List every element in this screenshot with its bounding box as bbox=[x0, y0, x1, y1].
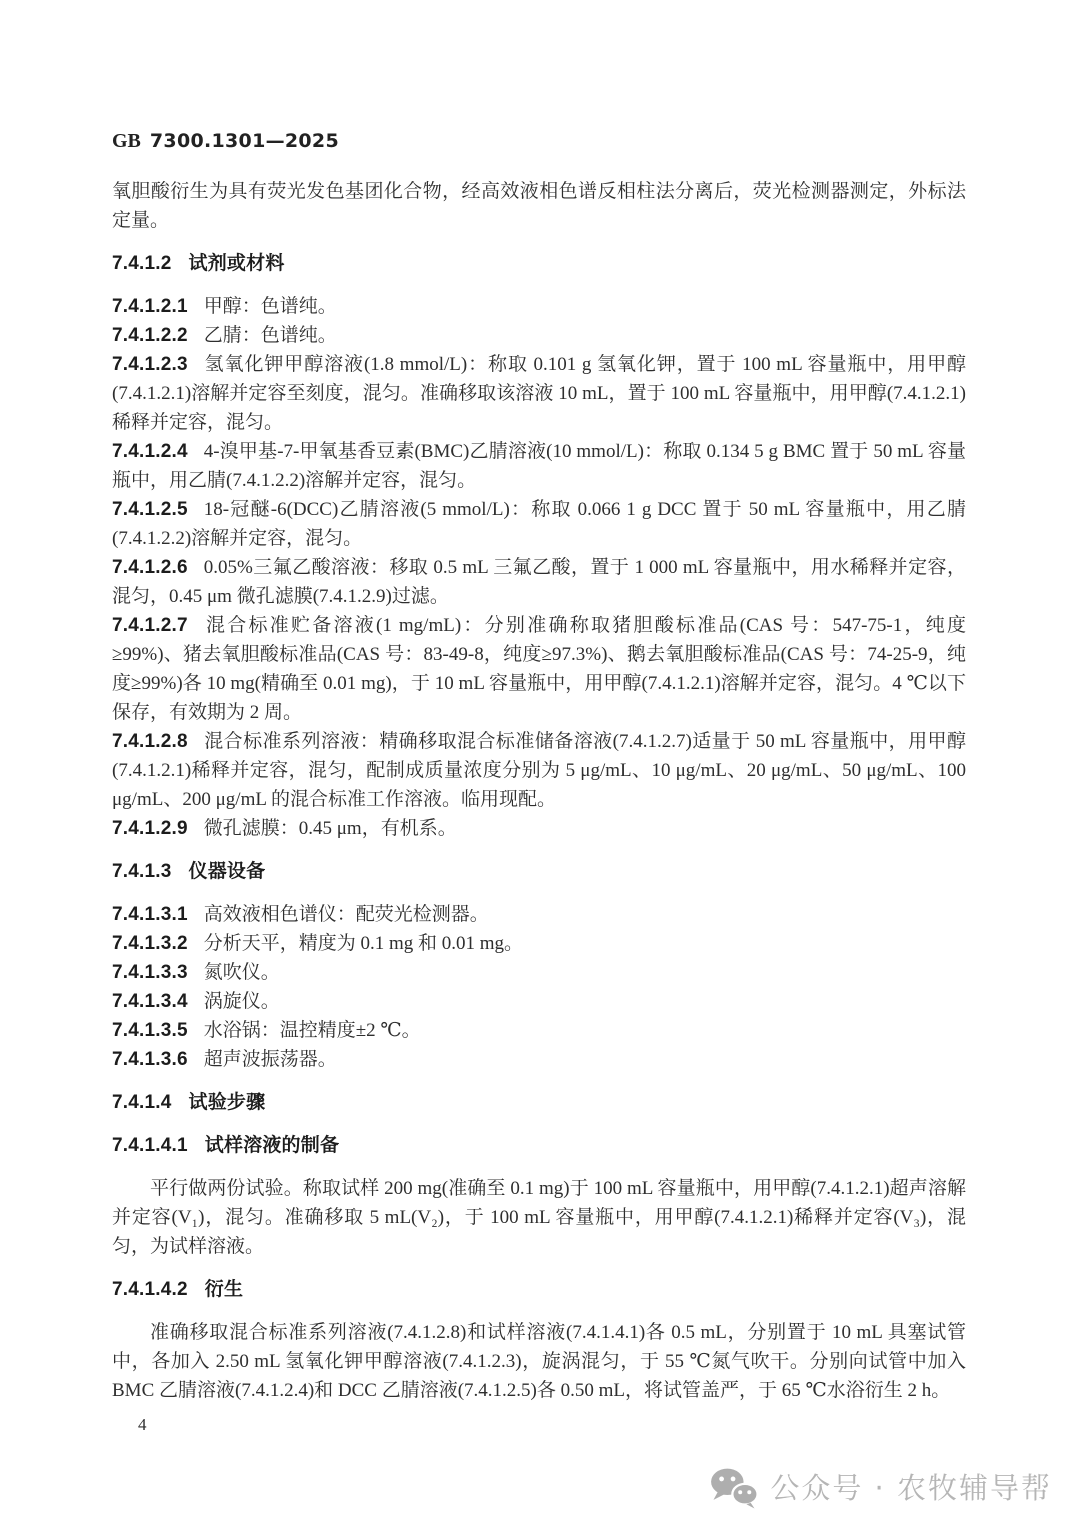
heading-7-4-1-2: 7.4.1.2试剂或材料 bbox=[112, 249, 966, 278]
document-page: GB7300.1301—2025 氧胆酸衍生为具有荧光发色基团化合物，经高效液相… bbox=[0, 0, 1080, 1527]
clause-7-4-1-2-1: 7.4.1.2.1甲醇：色谱纯。 bbox=[112, 292, 966, 321]
clause-number: 7.4.1.2.5 bbox=[112, 499, 188, 520]
clause-text: 水浴锅：温控精度±2 ℃。 bbox=[204, 1020, 421, 1041]
clause-text: 氢氧化钾甲醇溶液(1.8 mmol/L)：称取 0.101 g 氢氧化钾，置于 … bbox=[112, 354, 966, 433]
heading-number: 7.4.1.4 bbox=[112, 1092, 172, 1113]
standard-number-code: 7300.1301—2025 bbox=[150, 130, 339, 152]
clause-7-4-1-2-5: 7.4.1.2.518-冠醚-6(DCC)乙腈溶液(5 mmol/L)：称取 0… bbox=[112, 495, 966, 553]
heading-number: 7.4.1.2 bbox=[112, 253, 172, 274]
heading-number: 7.4.1.3 bbox=[112, 861, 172, 882]
clause-7-4-1-2-2: 7.4.1.2.2乙腈：色谱纯。 bbox=[112, 321, 966, 350]
clause-7-4-1-2-8: 7.4.1.2.8混合标准系列溶液：精确移取混合标准储备溶液(7.4.1.2.7… bbox=[112, 727, 966, 814]
clause-text: 4-溴甲基-7-甲氧基香豆素(BMC)乙腈溶液(10 mmol/L)：称取 0.… bbox=[112, 441, 966, 491]
clause-text: 18-冠醚-6(DCC)乙腈溶液(5 mmol/L)：称取 0.066 1 g … bbox=[112, 499, 966, 549]
clause-7-4-1-3-2: 7.4.1.3.2分析天平，精度为 0.1 mg 和 0.01 mg。 bbox=[112, 929, 966, 958]
heading-title: 试样溶液的制备 bbox=[205, 1135, 339, 1156]
heading-title: 仪器设备 bbox=[189, 861, 266, 882]
clause-text: 0.05%三氟乙酸溶液：移取 0.5 mL 三氟乙酸，置于 1 000 mL 容… bbox=[112, 557, 966, 607]
clause-number: 7.4.1.2.7 bbox=[112, 615, 188, 636]
paragraph-7-4-1-4-1: 平行做两份试验。称取试样 200 mg(准确至 0.1 mg)于 100 mL … bbox=[112, 1174, 966, 1261]
standard-number: GB7300.1301—2025 bbox=[112, 130, 966, 153]
heading-title: 试剂或材料 bbox=[189, 253, 285, 274]
heading-7-4-1-4-2: 7.4.1.4.2衍生 bbox=[112, 1275, 966, 1304]
clause-number: 7.4.1.3.5 bbox=[112, 1020, 188, 1041]
clause-number: 7.4.1.3.1 bbox=[112, 904, 188, 925]
clause-number: 7.4.1.2.1 bbox=[112, 296, 188, 317]
standard-number-prefix: GB bbox=[112, 130, 141, 152]
clause-text: 混合标准贮备溶液(1 mg/mL)：分别准确称取猪胆酸标准品(CAS 号：547… bbox=[112, 615, 966, 723]
heading-7-4-1-3: 7.4.1.3仪器设备 bbox=[112, 857, 966, 886]
clause-number: 7.4.1.2.8 bbox=[112, 731, 188, 752]
heading-number: 7.4.1.4.2 bbox=[112, 1279, 188, 1300]
clause-7-4-1-2-7: 7.4.1.2.7混合标准贮备溶液(1 mg/mL)：分别准确称取猪胆酸标准品(… bbox=[112, 611, 966, 727]
wechat-icon bbox=[709, 1467, 759, 1509]
clause-text: 乙腈：色谱纯。 bbox=[204, 325, 337, 346]
paragraph-7-4-1-4-2: 准确移取混合标准系列溶液(7.4.1.2.8)和试样溶液(7.4.1.4.1)各… bbox=[112, 1318, 966, 1405]
heading-7-4-1-4: 7.4.1.4试验步骤 bbox=[112, 1088, 966, 1117]
clause-number: 7.4.1.2.9 bbox=[112, 818, 188, 839]
page-number: 4 bbox=[112, 1414, 966, 1436]
heading-title: 衍生 bbox=[205, 1279, 243, 1300]
clause-text: 涡旋仪。 bbox=[204, 991, 280, 1012]
intro-paragraph: 氧胆酸衍生为具有荧光发色基团化合物，经高效液相色谱反相柱法分离后，荧光检测器测定… bbox=[112, 177, 966, 235]
clause-number: 7.4.1.3.3 bbox=[112, 962, 188, 983]
clause-number: 7.4.1.2.2 bbox=[112, 325, 188, 346]
clause-text: 分析天平，精度为 0.1 mg 和 0.01 mg。 bbox=[204, 933, 523, 954]
clause-number: 7.4.1.2.4 bbox=[112, 441, 188, 462]
watermark: 公众号 · 农牧辅导帮 bbox=[709, 1467, 1052, 1509]
clause-number: 7.4.1.3.4 bbox=[112, 991, 188, 1012]
clause-7-4-1-2-4: 7.4.1.2.44-溴甲基-7-甲氧基香豆素(BMC)乙腈溶液(10 mmol… bbox=[112, 437, 966, 495]
watermark-text: 公众号 · 农牧辅导帮 bbox=[770, 1467, 1052, 1509]
clause-number: 7.4.1.3.2 bbox=[112, 933, 188, 954]
clause-7-4-1-3-4: 7.4.1.3.4涡旋仪。 bbox=[112, 987, 966, 1016]
clause-text: 超声波振荡器。 bbox=[204, 1049, 337, 1070]
clause-7-4-1-2-9: 7.4.1.2.9微孔滤膜：0.45 μm，有机系。 bbox=[112, 814, 966, 843]
clause-7-4-1-3-3: 7.4.1.3.3氮吹仪。 bbox=[112, 958, 966, 987]
clause-7-4-1-3-5: 7.4.1.3.5水浴锅：温控精度±2 ℃。 bbox=[112, 1016, 966, 1045]
clause-text: 微孔滤膜：0.45 μm，有机系。 bbox=[204, 818, 457, 839]
clause-7-4-1-3-1: 7.4.1.3.1高效液相色谱仪：配荧光检测器。 bbox=[112, 900, 966, 929]
clause-text: 高效液相色谱仪：配荧光检测器。 bbox=[204, 904, 489, 925]
clause-text: 氮吹仪。 bbox=[204, 962, 280, 983]
heading-title: 试验步骤 bbox=[189, 1092, 266, 1113]
heading-7-4-1-4-1: 7.4.1.4.1试样溶液的制备 bbox=[112, 1131, 966, 1160]
clause-text: 混合标准系列溶液：精确移取混合标准储备溶液(7.4.1.2.7)适量于 50 m… bbox=[112, 731, 966, 810]
clause-text: 甲醇：色谱纯。 bbox=[204, 296, 337, 317]
clause-number: 7.4.1.2.6 bbox=[112, 557, 188, 578]
clause-number: 7.4.1.3.6 bbox=[112, 1049, 188, 1070]
clause-number: 7.4.1.2.3 bbox=[112, 354, 188, 375]
clause-7-4-1-2-3: 7.4.1.2.3氢氧化钾甲醇溶液(1.8 mmol/L)：称取 0.101 g… bbox=[112, 350, 966, 437]
clause-7-4-1-3-6: 7.4.1.3.6超声波振荡器。 bbox=[112, 1045, 966, 1074]
clause-7-4-1-2-6: 7.4.1.2.60.05%三氟乙酸溶液：移取 0.5 mL 三氟乙酸，置于 1… bbox=[112, 553, 966, 611]
heading-number: 7.4.1.4.1 bbox=[112, 1135, 188, 1156]
